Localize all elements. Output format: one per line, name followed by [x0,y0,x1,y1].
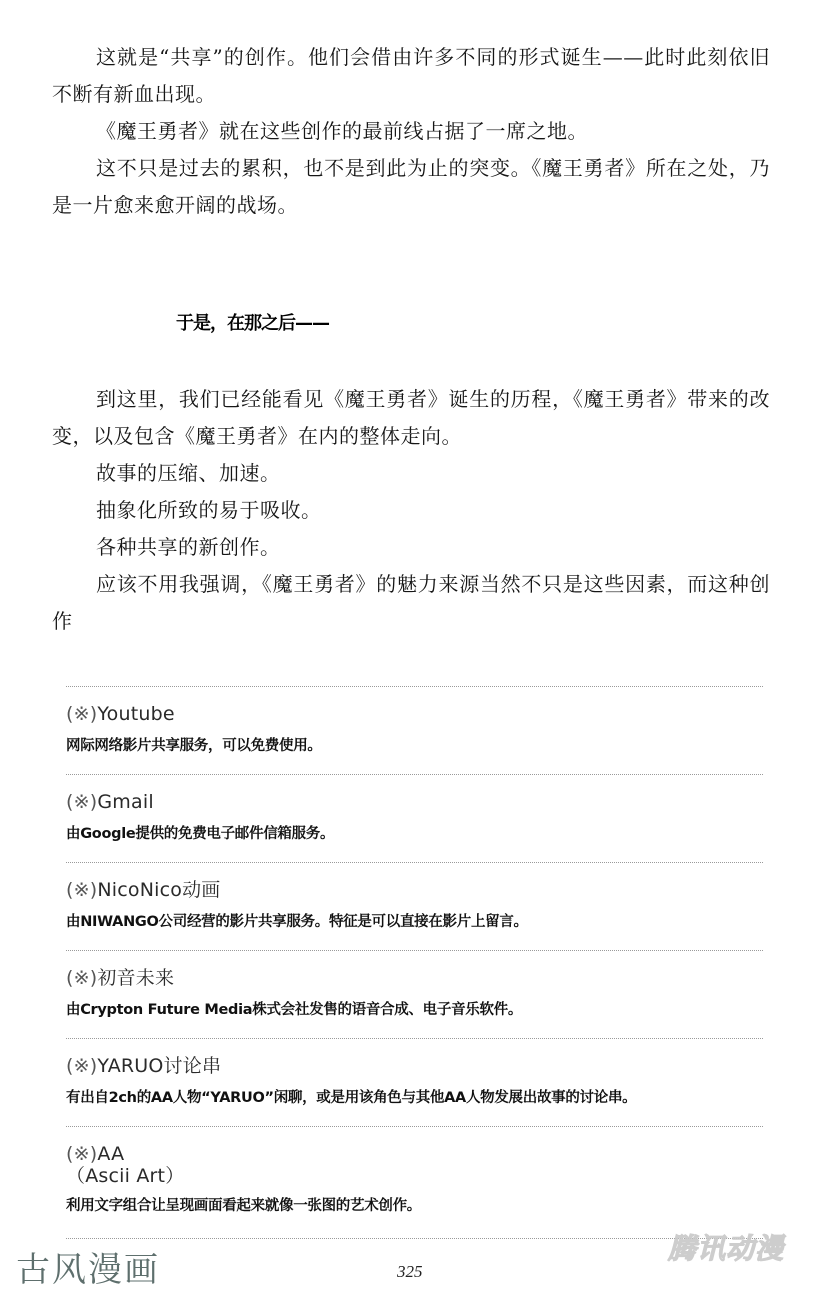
paragraph: 这不只是过去的累积，也不是到此为止的突变。《魔王勇者》所在之处，乃是一片愈来愈开… [52,150,770,224]
paragraph: 各种共享的新创作。 [52,529,770,566]
footnote-niconico: (※)NicoNico动画 由NIWANGO公司经营的影片共享服务。特征是可以直… [66,863,763,950]
reference-mark: (※) [66,967,97,989]
footnote-title-subtitle: （Ascii Art） [66,1165,763,1187]
footnote-title: (※)YARUO讨论串 [66,1055,763,1077]
book-page: 这就是“共享”的创作。他们会借由许多不同的形式诞生——此时此刻依旧不断有新血出现… [0,0,820,1291]
footnote-description: 有出自2ch的AA人物“YARUO”闲聊，或是用该角色与其他AA人物发展出故事的… [66,1088,763,1108]
footnote-description: 网际网络影片共享服务，可以免费使用。 [66,736,763,756]
footnote-title: (※)Youtube [66,703,763,725]
footnote-title: (※)初音未来 [66,967,763,989]
footnote-title: (※)NicoNico动画 [66,879,763,901]
paragraph: 故事的压缩、加速。 [52,455,770,492]
paragraph: 到这里，我们已经能看见《魔王勇者》诞生的历程，《魔王勇者》带来的改变，以及包含《… [52,381,770,455]
paragraph: 抽象化所致的易于吸收。 [52,492,770,529]
paragraph: 《魔王勇者》就在这些创作的最前线占据了一席之地。 [52,113,770,150]
watermark-gufeng-manhua: 古风漫画 [16,1251,160,1289]
paragraph: 这就是“共享”的创作。他们会借由许多不同的形式诞生——此时此刻依旧不断有新血出现… [52,39,770,113]
page-number: 325 [397,1262,423,1282]
body-text-top: 这就是“共享”的创作。他们会借由许多不同的形式诞生——此时此刻依旧不断有新血出现… [52,39,770,224]
reference-mark: (※) [66,1055,97,1077]
watermark-tencent-comics: 腾讯动漫 [668,1232,808,1266]
footnote-description: 由Google提供的免费电子邮件信箱服务。 [66,824,763,844]
footnote-ascii-art: (※)AA （Ascii Art） 利用文字组合让呈现画面看起来就像一张图的艺术… [66,1127,763,1238]
section-heading: 于是，在那之后—— [176,309,329,335]
reference-mark: (※) [66,791,97,813]
paragraph: 应该不用我强调，《魔王勇者》的魅力来源当然不只是这些因素，而这种创作 [52,566,770,640]
reference-mark: (※) [66,879,97,901]
body-text-bottom: 到这里，我们已经能看见《魔王勇者》诞生的历程，《魔王勇者》带来的改变，以及包含《… [52,381,770,640]
dotted-divider [66,1238,763,1239]
footnote-gmail: (※)Gmail 由Google提供的免费电子邮件信箱服务。 [66,775,763,862]
footnote-title: (※)AA [66,1143,763,1165]
footnote-hatsune-miku: (※)初音未来 由Crypton Future Media株式会社发售的语音合成… [66,951,763,1038]
footnote-youtube: (※)Youtube 网际网络影片共享服务，可以免费使用。 [66,687,763,774]
footnote-description: 由NIWANGO公司经营的影片共享服务。特征是可以直接在影片上留言。 [66,912,763,932]
reference-mark: (※) [66,1143,97,1165]
footnote-yaruo: (※)YARUO讨论串 有出自2ch的AA人物“YARUO”闲聊，或是用该角色与… [66,1039,763,1126]
footnote-description: 由Crypton Future Media株式会社发售的语音合成、电子音乐软件。 [66,1000,763,1020]
reference-mark: (※) [66,703,97,725]
footnote-description: 利用文字组合让呈现画面看起来就像一张图的艺术创作。 [66,1196,763,1216]
footnote-title: (※)Gmail [66,791,763,813]
footnotes: (※)Youtube 网际网络影片共享服务，可以免费使用。 (※)Gmail 由… [66,686,763,1239]
